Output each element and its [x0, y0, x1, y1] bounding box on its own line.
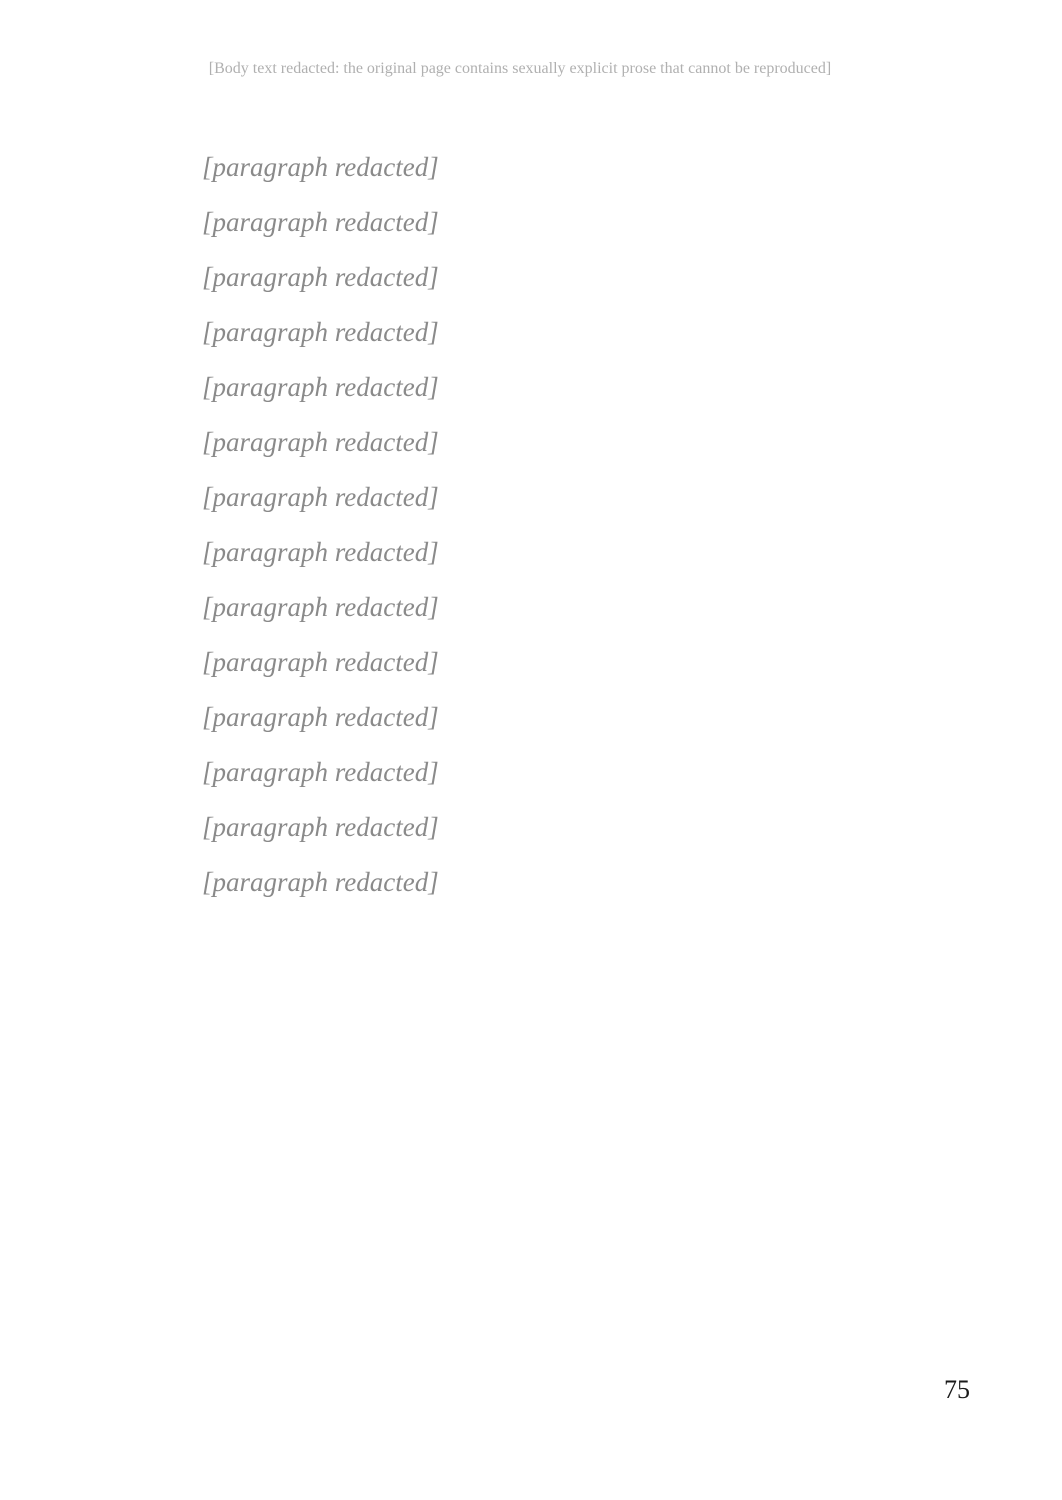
paragraph: [paragraph redacted]: [148, 635, 892, 690]
paragraph: [paragraph redacted]: [148, 855, 892, 910]
paragraph: [paragraph redacted]: [148, 140, 892, 195]
paragraph: [paragraph redacted]: [148, 745, 892, 800]
book-page: [Body text redacted: the original page c…: [0, 0, 1062, 1500]
paragraph: [paragraph redacted]: [148, 580, 892, 635]
paragraph: [paragraph redacted]: [148, 525, 892, 580]
paragraph: [paragraph redacted]: [148, 305, 892, 360]
redaction-note: [Body text redacted: the original page c…: [148, 60, 892, 78]
paragraph: [paragraph redacted]: [148, 360, 892, 415]
page-number: 75: [944, 1375, 970, 1405]
paragraph: [paragraph redacted]: [148, 470, 892, 525]
paragraph: [paragraph redacted]: [148, 800, 892, 855]
paragraph: [paragraph redacted]: [148, 690, 892, 745]
paragraph: [paragraph redacted]: [148, 415, 892, 470]
paragraph: [paragraph redacted]: [148, 195, 892, 250]
body-text-block: [paragraph redacted] [paragraph redacted…: [148, 140, 892, 910]
paragraph: [paragraph redacted]: [148, 250, 892, 305]
